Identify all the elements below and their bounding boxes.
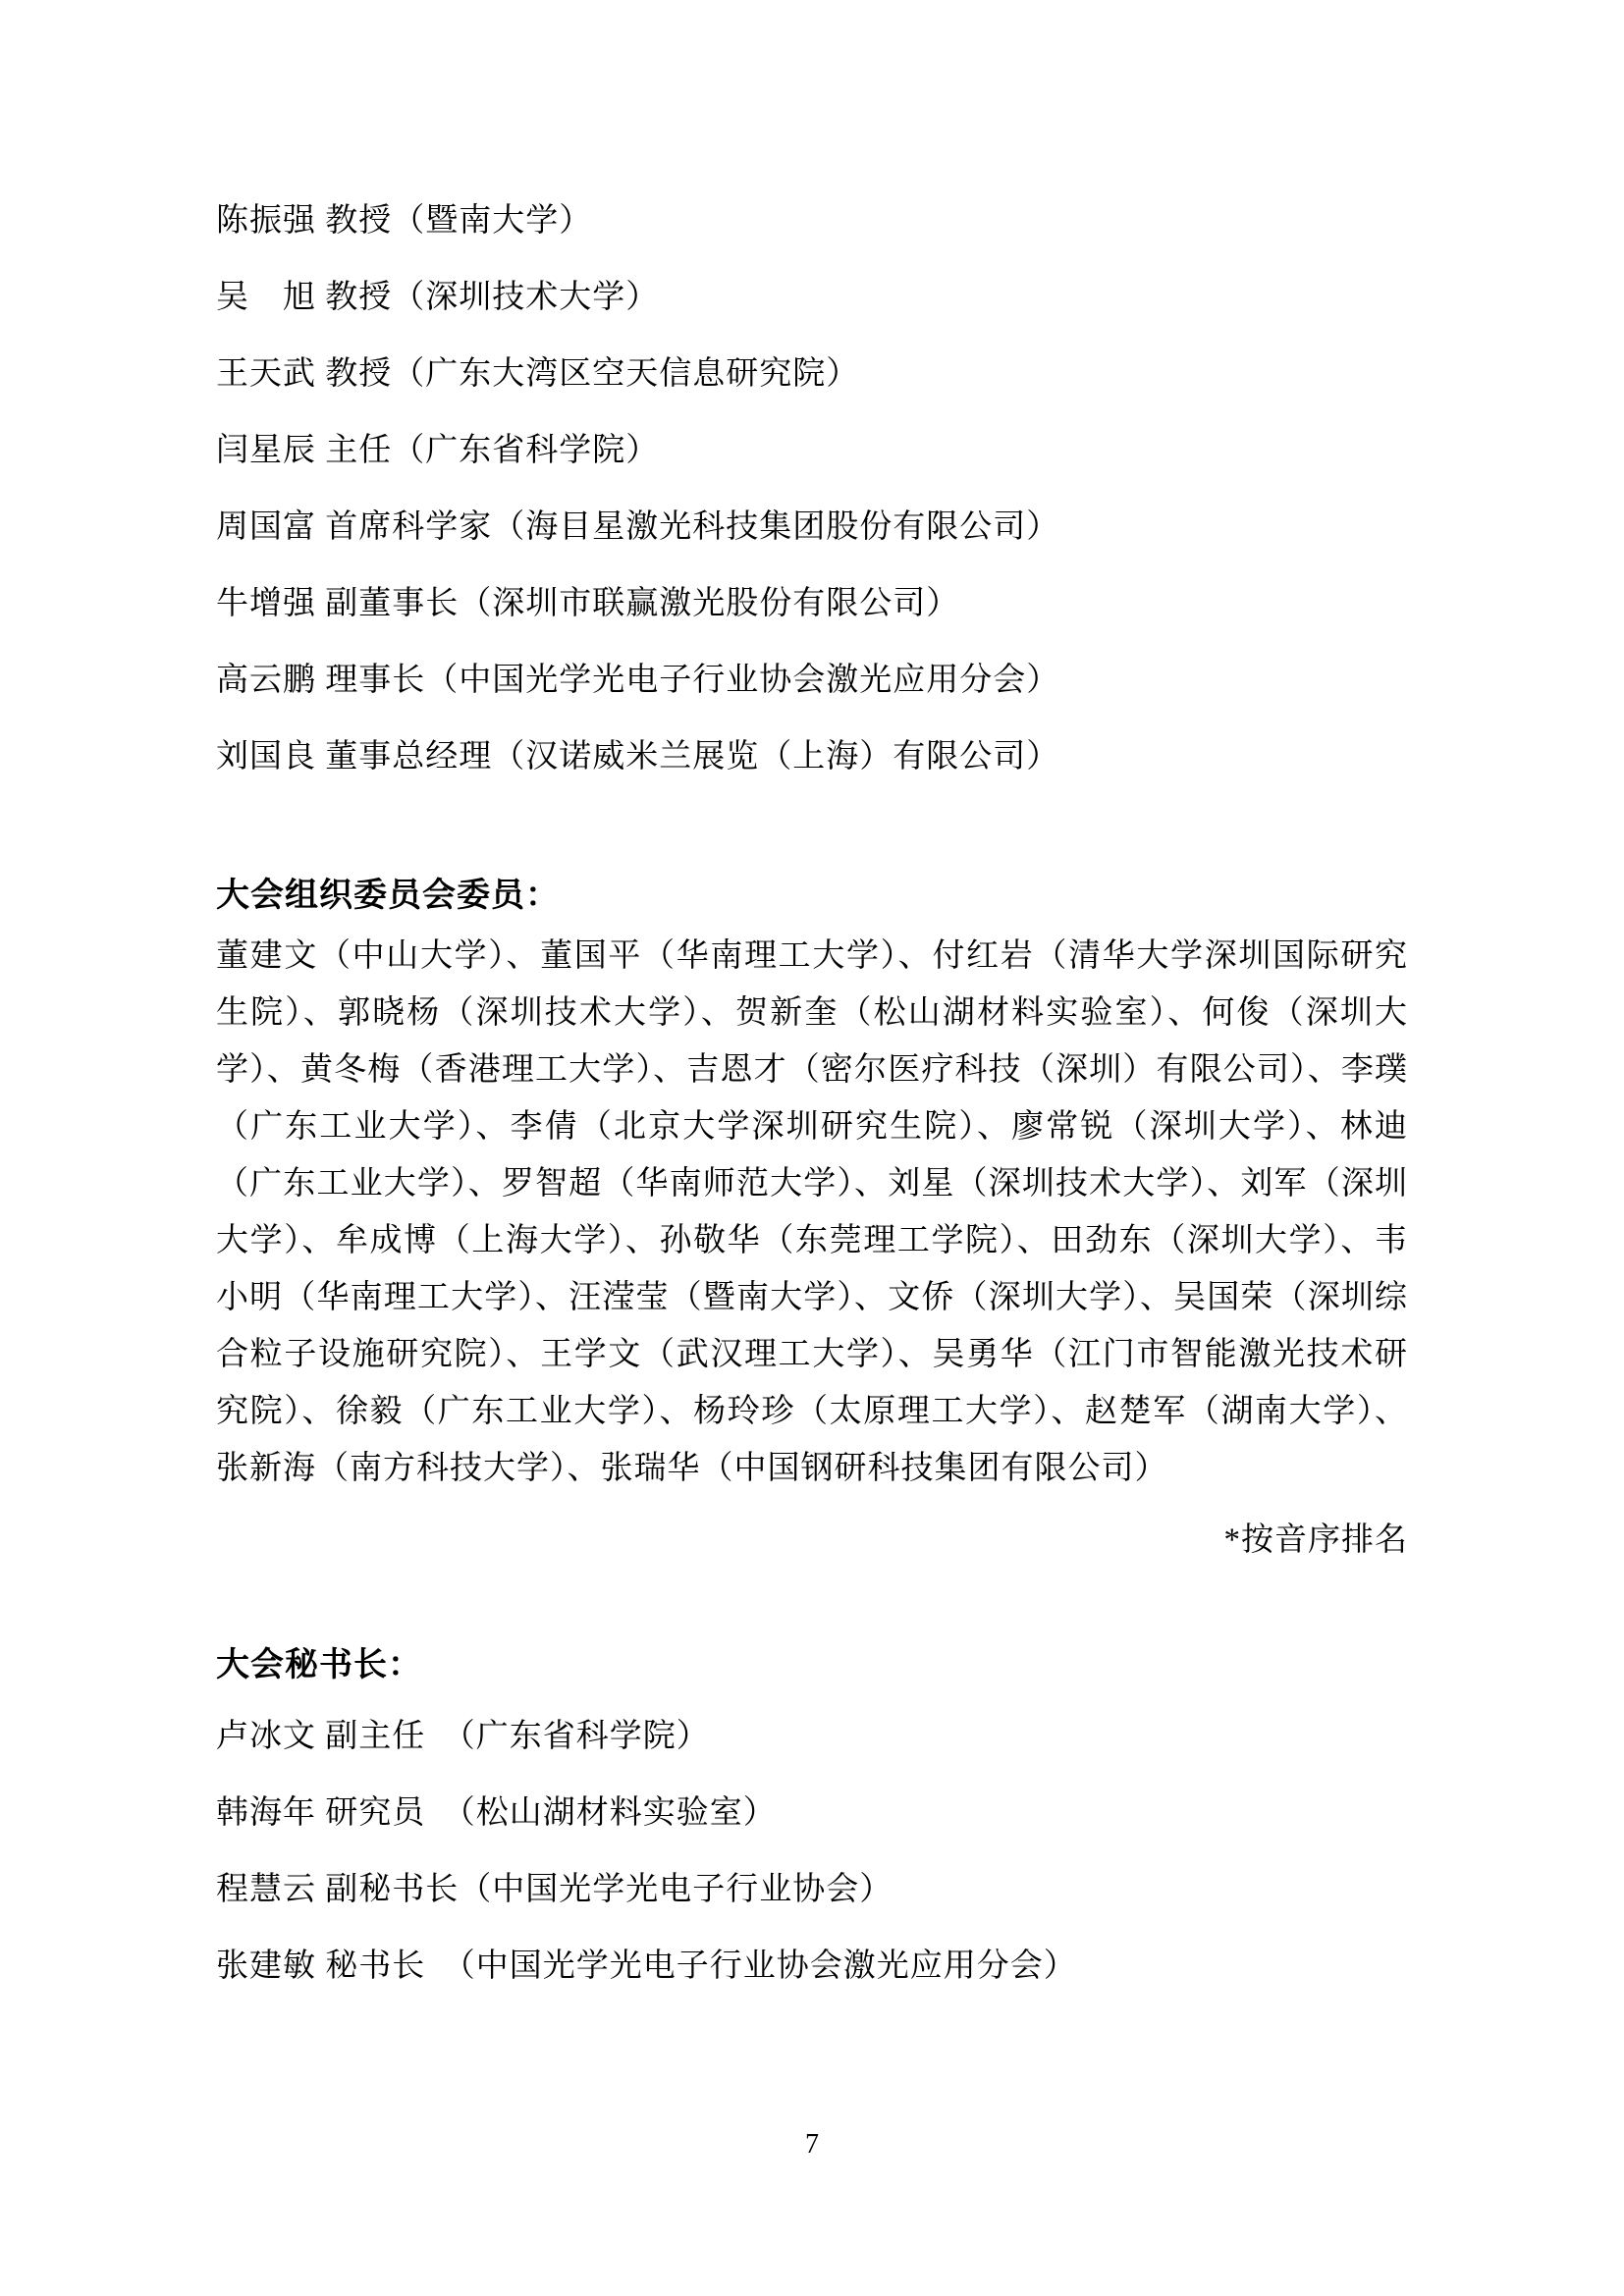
- committee-member-line: 吴 旭 教授（深圳技术大学）: [216, 276, 1408, 319]
- secretary-member-line: 韩海年 研究员 （松山湖材料实验室）: [216, 1791, 1408, 1835]
- secretary-member-line: 张建敏 秘书长 （中国光学光电子行业协会激光应用分会）: [216, 1945, 1408, 1988]
- secretary-member-line: 程慧云 副秘书长（中国光学光电子行业协会）: [216, 1868, 1408, 1911]
- committee-member-line: 王天武 教授（广东大湾区空天信息研究院）: [216, 352, 1408, 396]
- committee-member-line: 刘国良 董事总经理（汉诺威米兰展览（上海）有限公司）: [216, 735, 1408, 778]
- committee-member-line: 高云鹏 理事长（中国光学光电子行业协会激光应用分会）: [216, 659, 1408, 702]
- committee-member-line: 陈振强 教授（暨南大学）: [216, 199, 1408, 242]
- secretary-general-section: 大会秘书长： 卢冰文 副主任 （广东省科学院） 韩海年 研究员 （松山湖材料实验…: [216, 1642, 1408, 1988]
- committee-member-line: 牛增强 副董事长（深圳市联赢激光股份有限公司）: [216, 582, 1408, 625]
- committee-member-line: 周国富 首席科学家（海目星激光科技集团股份有限公司）: [216, 506, 1408, 549]
- secretary-member-line: 卢冰文 副主任 （广东省科学院）: [216, 1715, 1408, 1758]
- organizing-committee-members-paragraph: 董建文（中山大学）、董国平（华南理工大学）、付红岩（清华大学深圳国际研究生院）、…: [216, 928, 1408, 1497]
- organizing-committee-section: 大会组织委员会委员： 董建文（中山大学）、董国平（华南理工大学）、付红岩（清华大…: [216, 873, 1408, 1562]
- leadership-list: 陈振强 教授（暨南大学） 吴 旭 教授（深圳技术大学） 王天武 教授（广东大湾区…: [216, 199, 1408, 778]
- sort-order-note: *按音序排名: [216, 1519, 1408, 1562]
- page-number: 7: [0, 2128, 1624, 2162]
- secretary-general-heading: 大会秘书长：: [216, 1642, 1408, 1687]
- committee-member-line: 闫星辰 主任（广东省科学院）: [216, 429, 1408, 472]
- document-page: 陈振强 教授（暨南大学） 吴 旭 教授（深圳技术大学） 王天武 教授（广东大湾区…: [0, 0, 1624, 2296]
- organizing-committee-heading: 大会组织委员会委员：: [216, 873, 1408, 918]
